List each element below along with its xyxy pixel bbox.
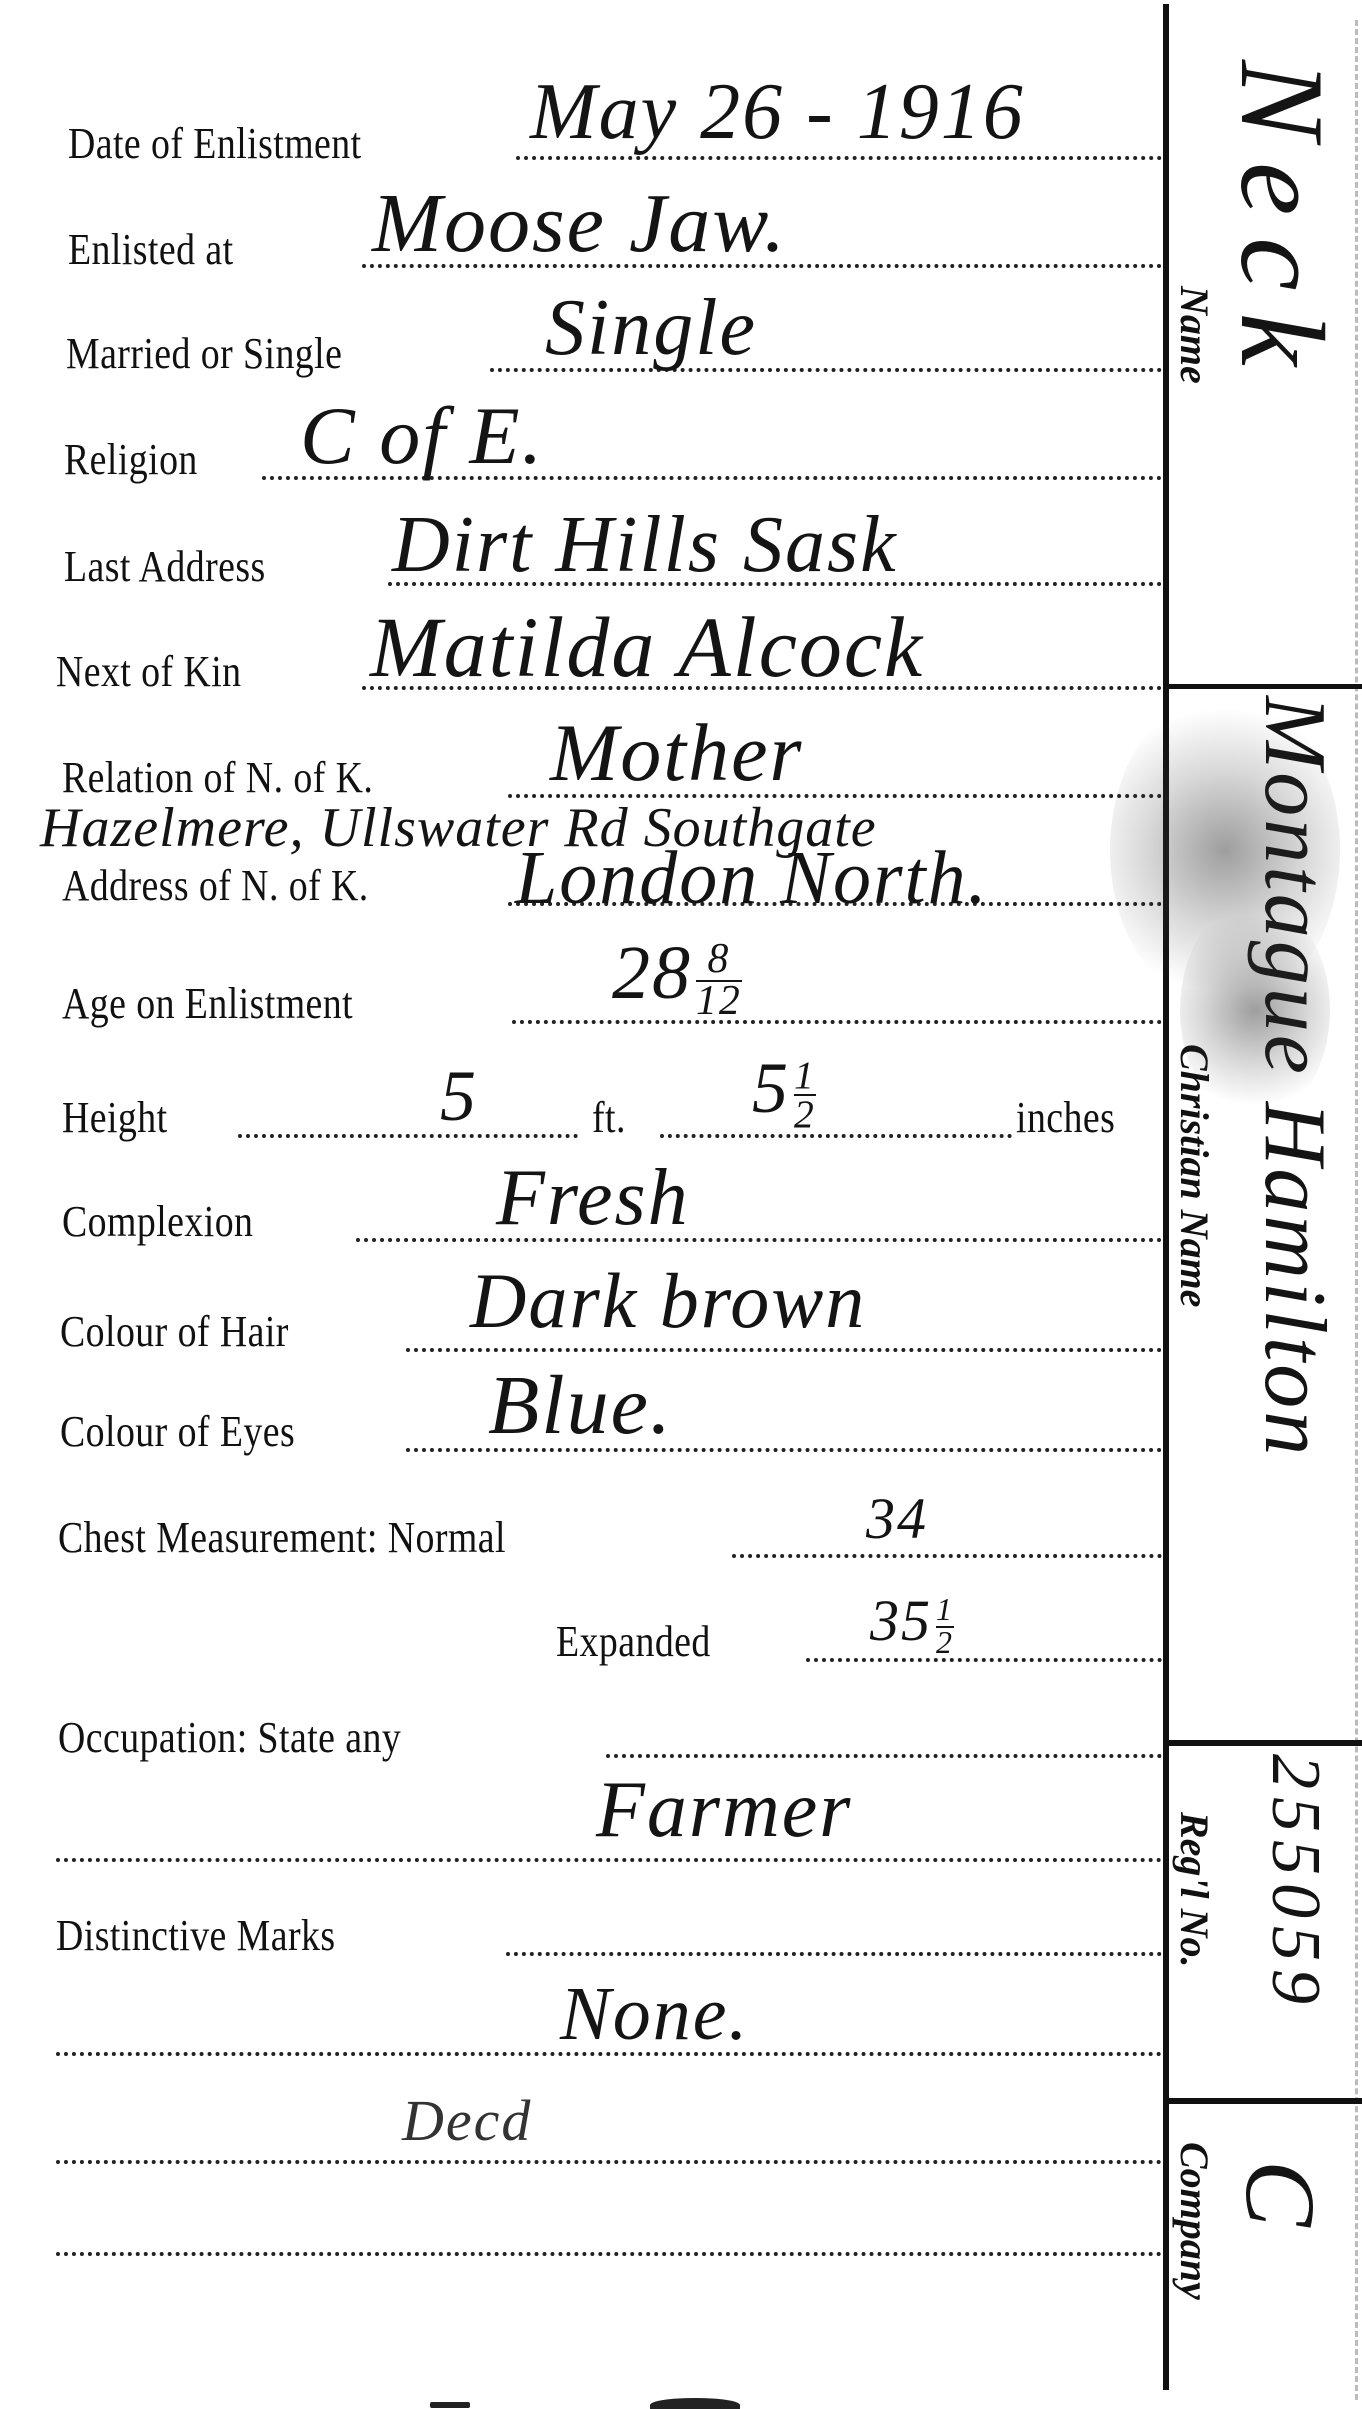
expanded-whole: 35 <box>870 1588 932 1653</box>
line-occupation-2 <box>56 1858 1162 1862</box>
line-age-on-enlistment <box>512 1020 1162 1024</box>
label-colour-of-hair: Colour of Hair <box>60 1310 289 1354</box>
label-chest-normal: Chest Measurement: Normal <box>58 1516 506 1560</box>
divider-regtl-company <box>1166 2098 1362 2104</box>
inches-whole: 5 <box>752 1048 790 1128</box>
side-panel-divider <box>1163 4 1169 2390</box>
age-numerator: 8 <box>696 940 742 980</box>
label-colour-of-eyes: Colour of Eyes <box>60 1410 295 1454</box>
side-value-name: Neck <box>1222 60 1342 388</box>
value-distinctive-marks: None. <box>560 1976 749 2052</box>
label-chest-expanded: Expanded <box>556 1620 711 1664</box>
value-next-of-kin: Matilda Alcock <box>370 604 924 690</box>
value-height-inches: 512 <box>752 1052 816 1134</box>
label-next-of-kin: Next of Kin <box>56 650 241 694</box>
label-enlisted-at: Enlisted at <box>68 228 234 272</box>
expanded-numerator: 1 <box>936 1595 954 1625</box>
divider-name-christian <box>1166 684 1362 689</box>
note-deceased: Decd <box>402 2092 532 2150</box>
line-colour-of-hair <box>406 1348 1162 1352</box>
bottom-blot <box>650 2398 740 2409</box>
label-relation-of-nok: Relation of N. of K. <box>62 756 373 800</box>
label-height: Height <box>62 1096 168 1140</box>
label-height-ft: ft. <box>592 1096 626 1140</box>
value-religion: C of E. <box>300 395 544 477</box>
label-occupation: Occupation: State any <box>58 1716 401 1760</box>
side-value-regtl-no: 255059 <box>1260 1754 1330 2012</box>
side-value-company: C <box>1230 2160 1330 2233</box>
value-date-of-enlistment: May 26 - 1916 <box>530 72 1025 152</box>
line-chest-expanded <box>806 1658 1162 1662</box>
line-distinctive-marks-4 <box>56 2252 1162 2256</box>
age-fraction: 812 <box>696 940 742 1021</box>
line-chest-normal <box>732 1554 1162 1558</box>
value-married-or-single: Single <box>545 288 757 368</box>
line-height-inches <box>660 1134 1012 1138</box>
inches-fraction: 12 <box>794 1057 816 1134</box>
inches-denominator: 2 <box>794 1094 816 1134</box>
value-chest-normal: 34 <box>866 1490 928 1548</box>
value-address-of-nok: London North. <box>515 840 989 916</box>
side-label-company: Company <box>1174 2142 1214 2300</box>
label-address-of-nok: Address of N. of K. <box>62 864 369 908</box>
line-distinctive-marks-1 <box>506 1952 1162 1956</box>
line-distinctive-marks-3 <box>56 2160 1162 2164</box>
value-last-address: Dirt Hills Sask <box>392 505 898 585</box>
value-enlisted-at: Moose Jaw. <box>372 182 787 266</box>
enlistment-card: Date of Enlistment May 26 - 1916 Enliste… <box>0 0 1362 2409</box>
label-distinctive-marks: Distinctive Marks <box>56 1914 336 1958</box>
value-relation-of-nok: Mother <box>550 712 803 794</box>
side-label-regtl-no: Reg'l No. <box>1174 1812 1214 1968</box>
label-complexion: Complexion <box>62 1200 253 1244</box>
label-last-address: Last Address <box>64 545 266 589</box>
ink-smudge-small <box>1180 900 1330 1120</box>
value-complexion: Fresh <box>496 1158 690 1238</box>
value-colour-of-hair: Dark brown <box>470 1262 866 1340</box>
label-religion: Religion <box>64 438 198 482</box>
expanded-fraction: 12 <box>936 1595 954 1658</box>
line-distinctive-marks-2 <box>56 2052 1162 2056</box>
value-height-feet: 5 <box>440 1060 478 1132</box>
line-complexion <box>356 1238 1162 1242</box>
card-edge <box>1355 20 1358 2400</box>
age-whole: 28 <box>612 931 692 1015</box>
value-age-on-enlistment: 28812 <box>612 935 742 1021</box>
inches-numerator: 1 <box>794 1057 816 1095</box>
line-height-feet <box>238 1134 578 1138</box>
value-chest-expanded: 3512 <box>870 1592 954 1658</box>
line-occupation-1 <box>606 1754 1162 1758</box>
value-occupation: Farmer <box>596 1770 852 1850</box>
label-date-of-enlistment: Date of Enlistment <box>68 122 362 166</box>
side-label-name: Name <box>1174 286 1214 384</box>
label-married-or-single: Married or Single <box>66 332 342 376</box>
bottom-mark <box>430 2402 470 2408</box>
label-age-on-enlistment: Age on Enlistment <box>62 982 353 1026</box>
line-date-of-enlistment <box>516 156 1162 160</box>
label-height-inches: inches <box>1016 1096 1115 1140</box>
age-denominator: 12 <box>696 980 742 1022</box>
expanded-denominator: 2 <box>936 1626 954 1658</box>
divider-christian-regtl <box>1166 1740 1362 1746</box>
value-colour-of-eyes: Blue. <box>488 1364 673 1448</box>
